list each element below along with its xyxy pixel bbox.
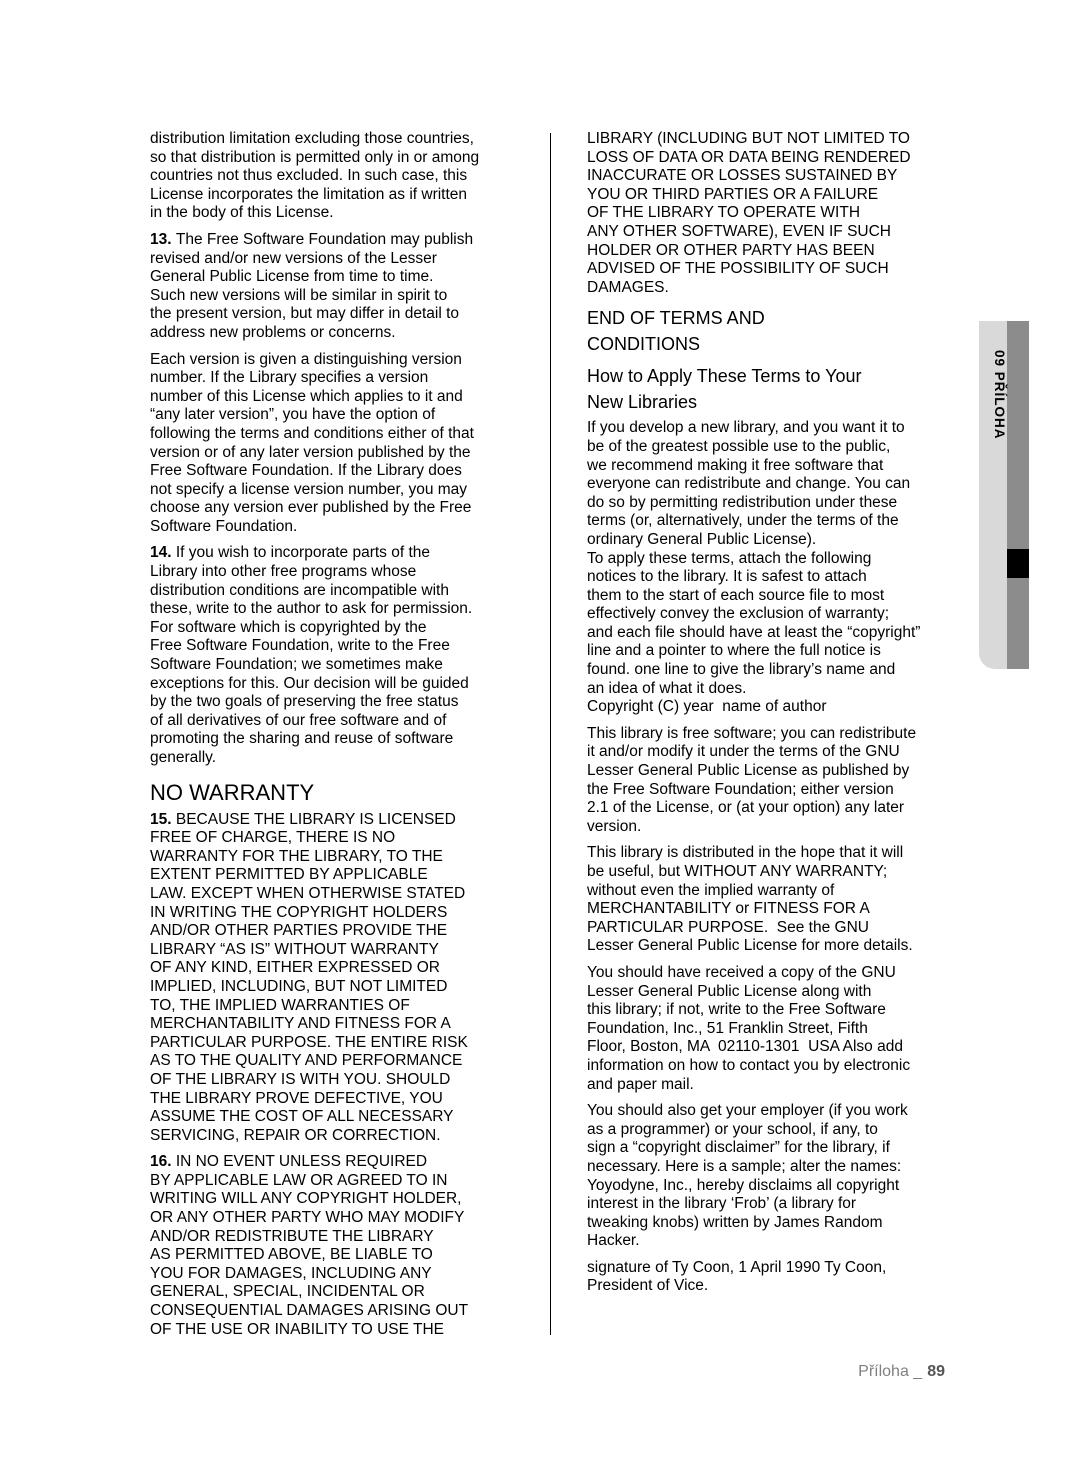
paragraph: This library is free software; you can r…	[587, 725, 979, 837]
section-heading: NO WARRANTY	[150, 780, 542, 805]
footer-label: Příloha _	[858, 1363, 922, 1380]
page-footer: Příloha _89	[640, 1362, 945, 1382]
paragraph: Each version is given a distinguishing v…	[150, 351, 542, 537]
paragraph: To apply these terms, attach the followi…	[587, 550, 979, 699]
chapter-tab-marker	[1007, 549, 1029, 578]
chapter-tab-dark-strip	[1007, 321, 1029, 669]
section-heading: How to Apply These Terms to Your New Lib…	[587, 363, 979, 415]
column-divider	[550, 133, 551, 1335]
left-text-column: distribution limitation excluding those …	[150, 130, 542, 1347]
section-heading: END OF TERMS AND CONDITIONS	[587, 305, 979, 357]
right-text-column: LIBRARY (INCLUDING BUT NOT LIMITED TO LO…	[587, 130, 979, 1304]
clause-number: 15.	[150, 811, 176, 828]
paragraph: This library is distributed in the hope …	[587, 844, 979, 956]
paragraph: distribution limitation excluding those …	[150, 130, 542, 223]
paragraph: 16. IN NO EVENT UNLESS REQUIRED BY APPLI…	[150, 1153, 542, 1339]
paragraph: LIBRARY (INCLUDING BUT NOT LIMITED TO LO…	[587, 130, 979, 297]
chapter-tab-label: 09 PŘÍLOHA	[979, 350, 1007, 440]
clause-number: 14.	[150, 544, 176, 561]
paragraph: You should have received a copy of the G…	[587, 964, 979, 1094]
paragraph: If you develop a new library, and you wa…	[587, 419, 979, 549]
paragraph: 14. If you wish to incorporate parts of …	[150, 544, 542, 767]
paragraph: signature of Ty Coon, 1 April 1990 Ty Co…	[587, 1259, 979, 1296]
footer-page-number: 89	[927, 1363, 945, 1380]
clause-number: 16.	[150, 1153, 176, 1170]
paragraph: You should also get your employer (if yo…	[587, 1102, 979, 1251]
clause-number: 13.	[150, 231, 176, 248]
paragraph: 13. The Free Software Foundation may pub…	[150, 231, 542, 343]
paragraph: 15. BECAUSE THE LIBRARY IS LICENSED FREE…	[150, 811, 542, 1146]
page: { "side_tab": { "label": "09 PŘÍLOHA" },…	[0, 0, 1080, 1479]
paragraph: Copyright (C) year name of author	[587, 698, 979, 717]
